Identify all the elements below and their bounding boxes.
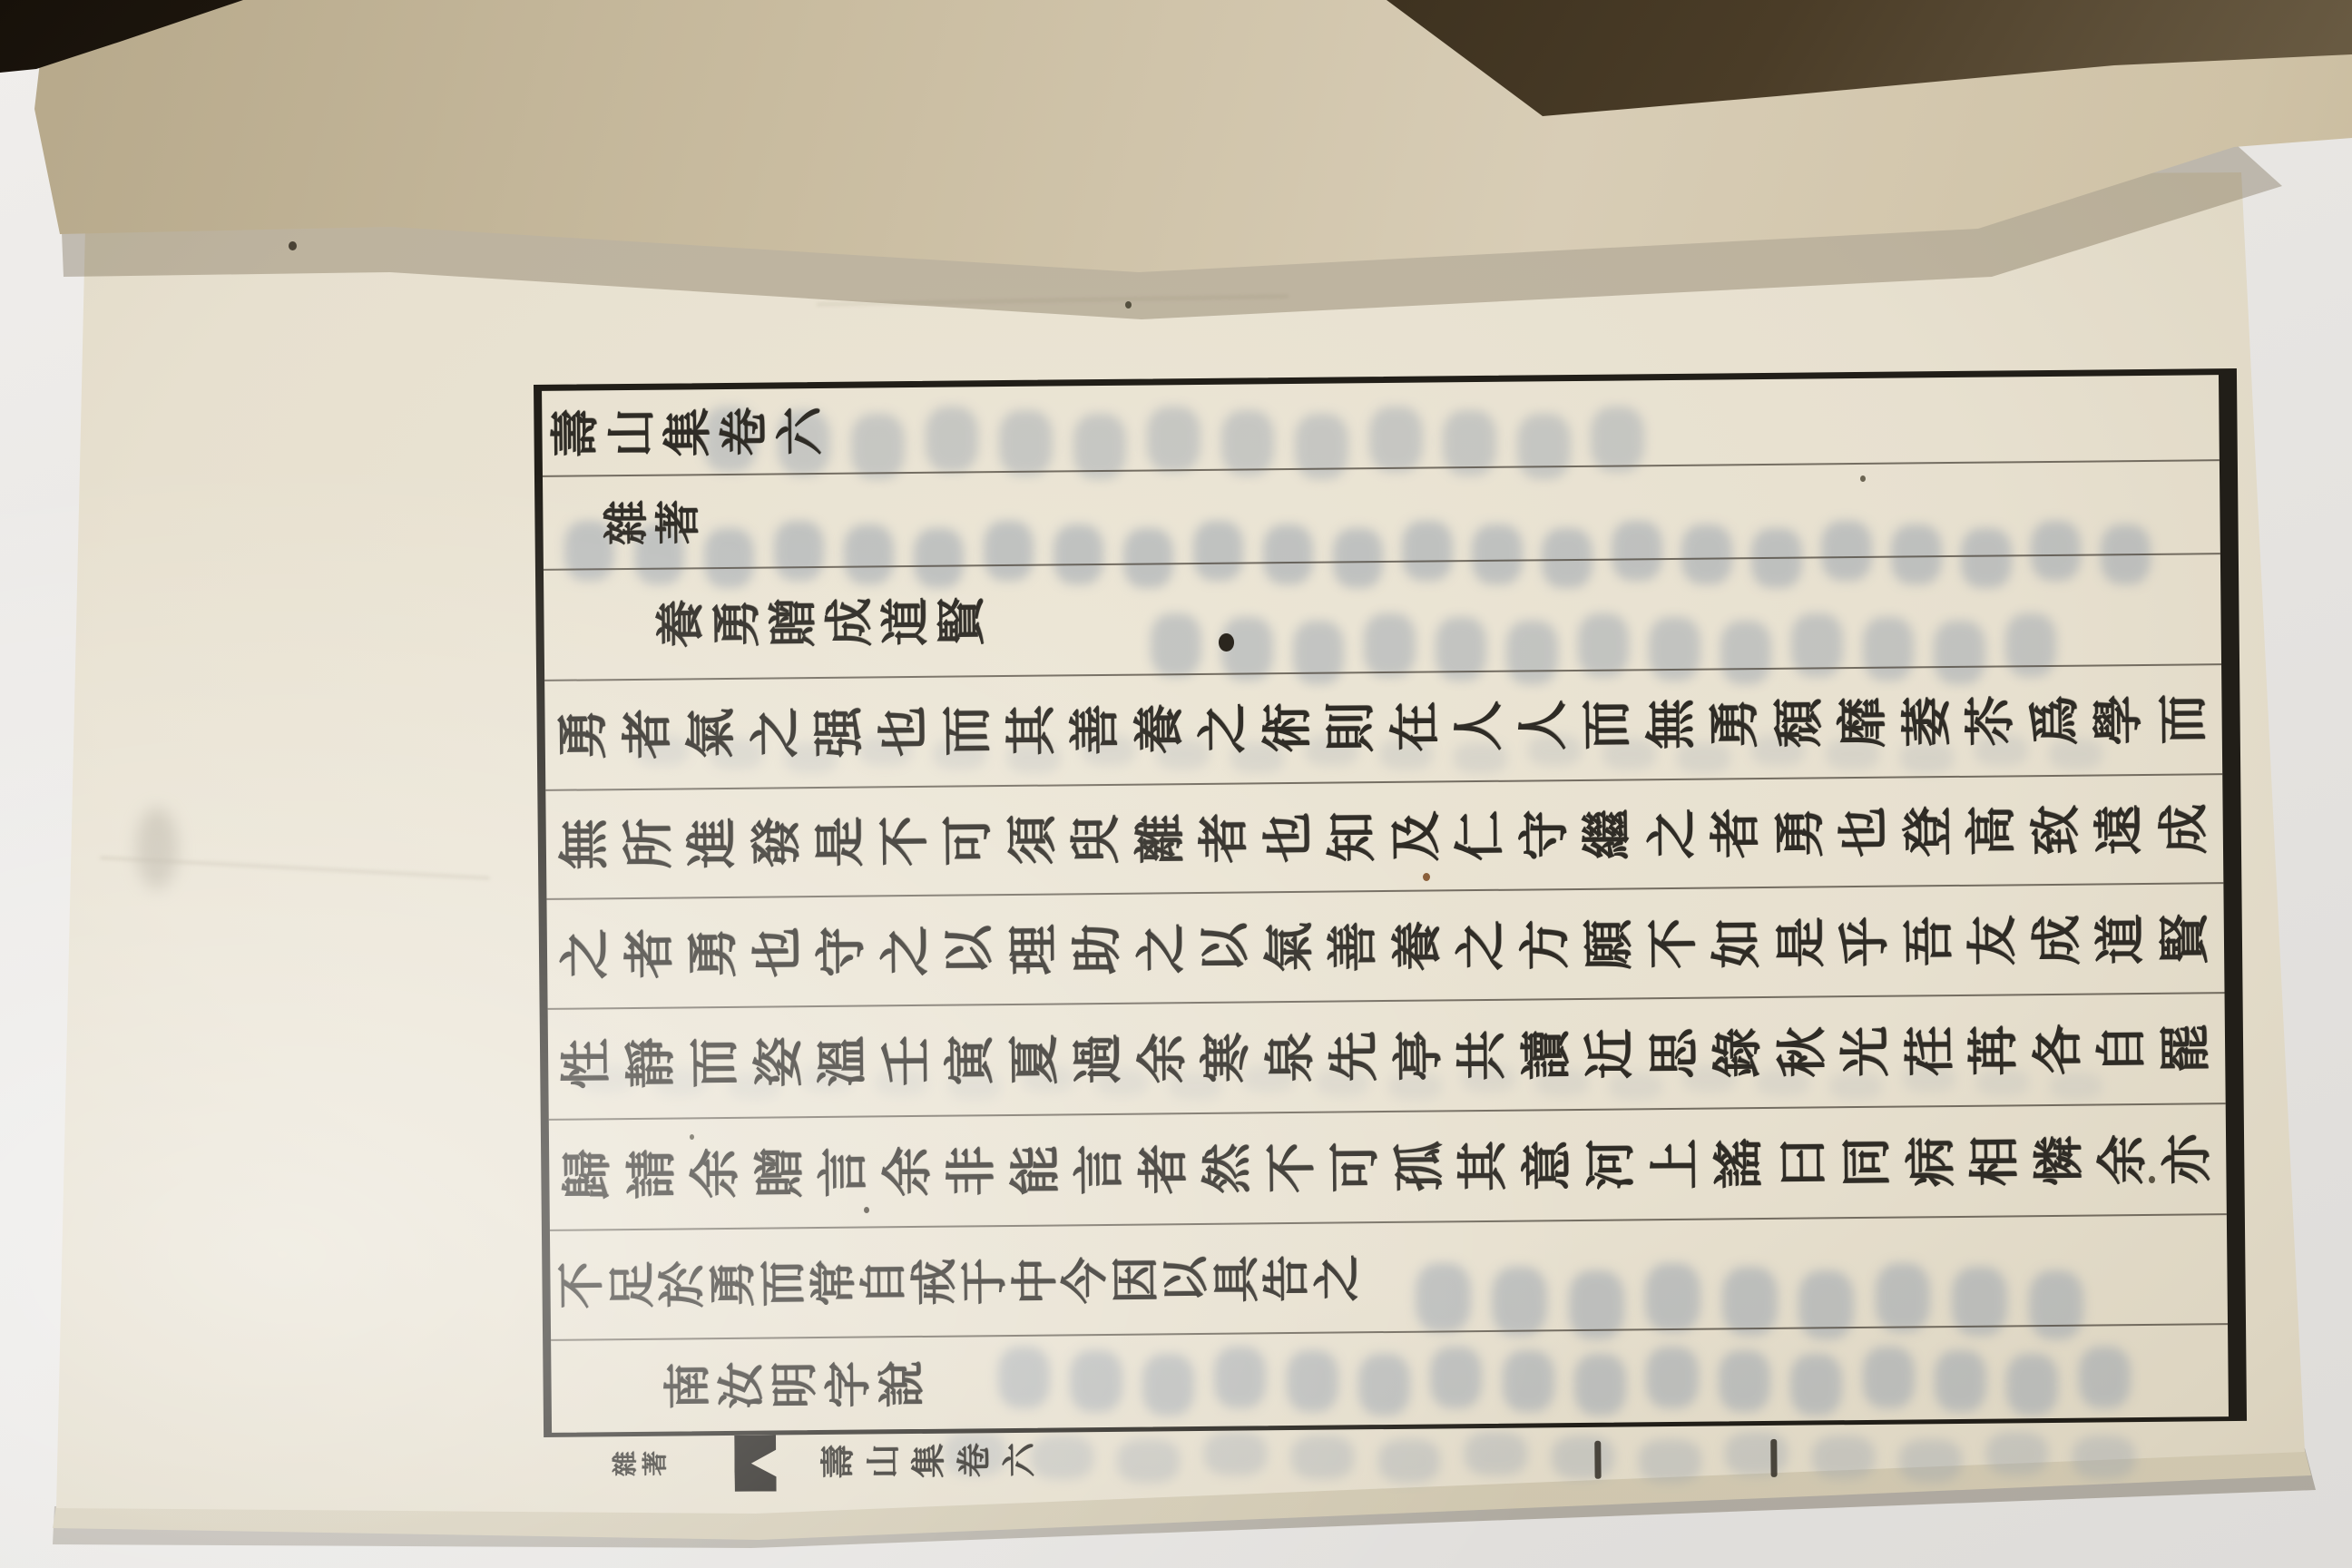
hanzi-glyph: 說 bbox=[876, 1357, 930, 1411]
hanzi-glyph: 夏 bbox=[1003, 1027, 1067, 1092]
hanzi-glyph: 告 bbox=[1262, 1253, 1313, 1304]
hanzi-glyph: 余 bbox=[2092, 1128, 2156, 1192]
hanzi-glyph: 罷 bbox=[2154, 1016, 2219, 1081]
hanzi-glyph: 字 bbox=[822, 1357, 877, 1412]
hanzi-glyph: 是 bbox=[809, 809, 874, 874]
hanzi-glyph: 壽 bbox=[547, 405, 604, 462]
hanzi-glyph: 性 bbox=[555, 1032, 620, 1096]
hanzi-glyph: 之 bbox=[744, 701, 808, 765]
hanzi-glyph: 錄 bbox=[1707, 1021, 1771, 1085]
text-row-piece-title-2: 南汝明字說 bbox=[551, 1326, 2229, 1433]
hanzi-glyph: 近 bbox=[1579, 1022, 1643, 1086]
text-row-body-6: 不足於勇而常自戒于中今因以具告之 bbox=[550, 1215, 2228, 1341]
hanzi-glyph: 足 bbox=[608, 1259, 659, 1310]
hanzi-glyph: 然 bbox=[1196, 1136, 1260, 1200]
hanzi-glyph: 願 bbox=[1578, 912, 1642, 976]
hanzi-glyph: 亭 bbox=[1387, 1024, 1451, 1088]
hanzi-glyph: 能 bbox=[1004, 1138, 1068, 1202]
hanzi-glyph: 戒 bbox=[910, 1256, 961, 1307]
hanzi-glyph: 孤 bbox=[1387, 1134, 1452, 1199]
hanzi-glyph: 人 bbox=[1512, 693, 1576, 758]
hanzi-glyph: 成 bbox=[821, 593, 878, 651]
hanzi-glyph: 勇 bbox=[709, 1259, 759, 1309]
hanzi-glyph: 贈 bbox=[749, 1141, 813, 1205]
hanzi-glyph: 登 bbox=[1896, 799, 1961, 864]
hanzi-glyph: 及 bbox=[1385, 804, 1449, 868]
hanzi-glyph: 其 bbox=[1000, 699, 1064, 763]
hanzi-glyph: 而 bbox=[759, 1258, 809, 1308]
text-row-body-4: 性靜而姿溫壬寅夏過余寒泉先亭共讀近思錄秋光荏苒各自罷 bbox=[548, 995, 2226, 1121]
hanzi-glyph: 今 bbox=[1061, 1255, 1112, 1306]
text-columns: 壽山集卷六雜著養勇贈成道賢勇者氣之强也而其善養之術則在人人而無勇頹靡萎苶爲學而無… bbox=[542, 375, 2229, 1433]
hanzi-glyph: 亦 bbox=[2155, 1127, 2220, 1191]
hanzi-glyph: 守 bbox=[1513, 803, 1577, 867]
hanzi-glyph: 共 bbox=[1451, 1024, 1515, 1088]
hanzi-glyph: 壽 bbox=[816, 1439, 861, 1485]
text-row-body-3: 之者勇也守之以理助之以氣善養之方願不如是乎吾友成道賢 bbox=[546, 884, 2224, 1010]
hanzi-glyph: 知 bbox=[1320, 805, 1385, 869]
hanzi-glyph: 也 bbox=[1257, 805, 1321, 869]
hanzi-glyph: 先 bbox=[1323, 1024, 1387, 1089]
hanzi-glyph: 也 bbox=[872, 700, 936, 764]
hanzi-glyph: 六 bbox=[772, 402, 829, 459]
hanzi-glyph: 可 bbox=[937, 808, 1002, 873]
hanzi-glyph: 余 bbox=[877, 1139, 941, 1203]
hanzi-glyph: 以 bbox=[1194, 916, 1259, 980]
hanzi-glyph: 賢 bbox=[2153, 906, 2218, 971]
hanzi-glyph: 爲 bbox=[2024, 689, 2088, 753]
hanzi-glyph: 不 bbox=[1259, 1135, 1324, 1200]
hanzi-glyph: 道 bbox=[2090, 906, 2154, 971]
hanzi-glyph: 離 bbox=[1129, 807, 1193, 871]
hanzi-glyph: 者 bbox=[1192, 806, 1257, 870]
hanzi-glyph: 南 bbox=[661, 1358, 716, 1413]
hanzi-glyph: 泉 bbox=[1259, 1025, 1323, 1090]
hanzi-glyph: 非 bbox=[940, 1139, 1004, 1203]
hanzi-glyph: 在 bbox=[1384, 694, 1448, 759]
hanzi-glyph: 雜 bbox=[611, 1448, 641, 1478]
hanzi-glyph: 理 bbox=[1002, 917, 1066, 982]
hanzi-glyph: 成 bbox=[2152, 797, 2217, 861]
hanzi-glyph: 者 bbox=[616, 702, 681, 767]
hanzi-glyph: 之 bbox=[1313, 1252, 1364, 1303]
hanzi-glyph: 方 bbox=[1514, 912, 1578, 976]
hanzi-glyph: 中 bbox=[1011, 1255, 1062, 1306]
hanzi-glyph: 自 bbox=[2091, 1017, 2155, 1082]
hanzi-glyph: 友 bbox=[1962, 908, 2026, 973]
hanzi-glyph: 余 bbox=[1131, 1026, 1195, 1091]
hanzi-glyph: 養 bbox=[1386, 914, 1450, 978]
hanzi-glyph: 山 bbox=[861, 1438, 906, 1484]
text-row-body-1: 勇者氣之强也而其善養之術則在人人而無勇頹靡萎苶爲學而 bbox=[544, 665, 2222, 791]
hanzi-glyph: 歸 bbox=[556, 1142, 621, 1207]
hanzi-glyph: 著 bbox=[652, 495, 705, 548]
hanzi-glyph: 余 bbox=[684, 1141, 749, 1205]
hanzi-glyph: 具 bbox=[1212, 1253, 1263, 1304]
hanzi-glyph: 無 bbox=[1640, 692, 1704, 757]
hanzi-glyph: 寒 bbox=[1195, 1025, 1259, 1090]
hanzi-glyph: 汝 bbox=[715, 1358, 769, 1413]
page-number-mark bbox=[1594, 1441, 1601, 1479]
hanzi-glyph: 吾 bbox=[1897, 908, 1962, 973]
hanzi-glyph: 如 bbox=[1706, 910, 1770, 975]
hanzi-glyph: 勇 bbox=[552, 702, 616, 767]
hanzi-glyph: 相 bbox=[1964, 1129, 2028, 1193]
hanzi-glyph: 讀 bbox=[1514, 1023, 1579, 1087]
hanzi-glyph: 卷 bbox=[716, 403, 773, 460]
ink-speck bbox=[289, 241, 297, 250]
hanzi-glyph: 無 bbox=[554, 812, 618, 877]
hanzi-glyph: 過 bbox=[1067, 1027, 1132, 1092]
hanzi-glyph: 則 bbox=[1319, 695, 1384, 759]
hanzi-glyph: 養 bbox=[1128, 697, 1192, 761]
hanzi-glyph: 以 bbox=[938, 917, 1003, 982]
hanzi-glyph: 成 bbox=[2025, 907, 2090, 972]
hanzi-glyph: 光 bbox=[1835, 1020, 1899, 1084]
hanzi-glyph: 言 bbox=[812, 1140, 877, 1204]
hanzi-glyph: 强 bbox=[808, 701, 872, 765]
hanzi-glyph: 而 bbox=[1575, 692, 1640, 757]
hanzi-glyph: 氣 bbox=[1258, 915, 1322, 979]
hanzi-glyph: 萎 bbox=[1896, 690, 1960, 754]
hanzi-glyph: 以 bbox=[1161, 1254, 1212, 1305]
hanzi-glyph: 溫 bbox=[811, 1029, 876, 1093]
hanzi-glyph: 勇 bbox=[709, 594, 766, 652]
hanzi-glyph: 自 bbox=[859, 1257, 910, 1308]
hanzi-glyph: 上 bbox=[1643, 1132, 1708, 1196]
hanzi-glyph: 不 bbox=[1641, 911, 1706, 975]
hanzi-glyph: 臾 bbox=[1065, 807, 1130, 871]
hanzi-glyph: 不 bbox=[557, 1259, 608, 1310]
hanzi-glyph: 賢 bbox=[934, 593, 991, 650]
hanzi-glyph: 請 bbox=[621, 1142, 685, 1206]
hanzi-glyph: 遠 bbox=[2088, 798, 2152, 862]
hanzi-glyph: 也 bbox=[746, 919, 810, 984]
hanzi-glyph: 荏 bbox=[1898, 1019, 1963, 1083]
hanzi-glyph: 氣 bbox=[680, 701, 744, 766]
hanzi-glyph: 發 bbox=[745, 810, 809, 875]
hanzi-glyph: 苶 bbox=[1959, 689, 2024, 753]
hanzi-glyph: 不 bbox=[873, 808, 937, 873]
text-row-piece-title-1: 養勇贈成道賢 bbox=[544, 554, 2221, 681]
hanzi-glyph: 勇 bbox=[682, 920, 747, 985]
hanzi-glyph: 病 bbox=[1899, 1130, 1964, 1194]
hanzi-glyph: 于 bbox=[960, 1256, 1011, 1307]
hanzi-glyph: 而 bbox=[936, 699, 1000, 763]
hanzi-glyph: 高 bbox=[1960, 799, 2024, 863]
hanzi-glyph: 六 bbox=[997, 1437, 1043, 1483]
hanzi-glyph: 者 bbox=[618, 921, 682, 985]
hanzi-glyph: 靡 bbox=[1831, 691, 1896, 755]
hanzi-glyph: 而 bbox=[683, 1031, 748, 1095]
hanzi-glyph: 之 bbox=[554, 921, 619, 985]
hanzi-glyph: 善 bbox=[1322, 914, 1387, 978]
hanzi-glyph: 思 bbox=[1642, 1022, 1707, 1086]
hanzi-glyph: 秋 bbox=[1770, 1020, 1835, 1084]
printed-text-frame: 壽山集卷六雜著養勇贈成道賢勇者氣之强也而其善養之術則在人人而無勇頹靡萎苶爲學而無… bbox=[534, 368, 2247, 1437]
hanzi-glyph: 集 bbox=[906, 1438, 952, 1484]
hanzi-glyph: 河 bbox=[1580, 1132, 1644, 1197]
hanzi-glyph: 曰 bbox=[1771, 1131, 1836, 1195]
hanzi-glyph: 著 bbox=[641, 1448, 671, 1478]
hanzi-glyph: 勇 bbox=[1769, 800, 1833, 865]
hanzi-glyph: 人 bbox=[1447, 694, 1512, 759]
hanzi-glyph: 之 bbox=[1130, 916, 1194, 980]
photo-of-woodblock-book: 壽山集卷六雜著養勇贈成道賢勇者氣之强也而其善養之術則在人人而無勇頹靡萎苶爲學而無… bbox=[0, 0, 2352, 1568]
hanzi-glyph: 守 bbox=[810, 919, 875, 984]
hanzi-glyph: 因 bbox=[1112, 1254, 1162, 1305]
hanzi-glyph: 憐 bbox=[2027, 1128, 2092, 1192]
text-row-body-2: 無所進發是不可須臾離者也知及仁守繼之者勇也登高致遠成 bbox=[545, 775, 2223, 899]
hanzi-glyph: 須 bbox=[1001, 808, 1065, 872]
hanzi-glyph: 是 bbox=[1769, 910, 1834, 975]
hanzi-glyph: 者 bbox=[1704, 801, 1769, 866]
hanzi-glyph: 善 bbox=[1063, 698, 1128, 762]
hanzi-glyph: 之 bbox=[1191, 696, 1256, 760]
text-row-section-title: 雜著 bbox=[543, 461, 2220, 570]
hanzi-glyph: 卷 bbox=[952, 1437, 997, 1483]
text-row-volume-title: 壽山集卷六 bbox=[542, 375, 2220, 477]
hanzi-glyph: 之 bbox=[874, 918, 938, 983]
hanzi-glyph: 學 bbox=[2087, 688, 2151, 752]
hanzi-glyph: 靜 bbox=[619, 1031, 683, 1095]
hanzi-glyph: 常 bbox=[809, 1257, 860, 1308]
hanzi-glyph: 而 bbox=[2151, 687, 2216, 751]
hanzi-glyph: 姿 bbox=[747, 1030, 811, 1094]
hanzi-glyph: 繼 bbox=[1576, 802, 1641, 867]
hanzi-glyph: 可 bbox=[1324, 1135, 1388, 1200]
hanzi-glyph: 頹 bbox=[1768, 691, 1832, 755]
hanzi-glyph: 進 bbox=[681, 811, 746, 876]
hanzi-glyph: 道 bbox=[877, 593, 935, 650]
hanzi-glyph: 乎 bbox=[1834, 909, 1898, 974]
hanzi-glyph: 意 bbox=[1515, 1133, 1580, 1198]
page-number-mark bbox=[1770, 1439, 1777, 1477]
hanzi-glyph: 致 bbox=[2024, 798, 2089, 862]
hanzi-glyph: 於 bbox=[658, 1259, 709, 1309]
hanzi-glyph: 山 bbox=[603, 404, 661, 461]
hanzi-glyph: 助 bbox=[1066, 916, 1131, 981]
hanzi-glyph: 養 bbox=[652, 595, 710, 652]
hanzi-glyph: 仁 bbox=[1448, 803, 1513, 867]
hanzi-glyph: 之 bbox=[1641, 801, 1705, 866]
hanzi-glyph: 言 bbox=[1068, 1137, 1132, 1201]
hanzi-glyph: 苒 bbox=[1963, 1018, 2027, 1083]
ink-speck bbox=[1125, 301, 1132, 309]
fishtail-icon bbox=[734, 1435, 777, 1491]
hanzi-glyph: 其 bbox=[1452, 1133, 1516, 1198]
hanzi-glyph: 者 bbox=[1132, 1137, 1196, 1201]
hanzi-glyph: 雜 bbox=[601, 496, 653, 549]
hanzi-glyph: 寅 bbox=[939, 1028, 1004, 1093]
hanzi-glyph: 勇 bbox=[1703, 691, 1768, 756]
banxin-volume-label: 壽山集卷六 bbox=[816, 1437, 1043, 1485]
hanzi-glyph: 謠 bbox=[1708, 1132, 1772, 1196]
hanzi-glyph: 同 bbox=[1836, 1130, 1900, 1194]
hanzi-glyph: 也 bbox=[1832, 799, 1896, 864]
banxin-section-label: 雜著 bbox=[611, 1448, 671, 1479]
hanzi-glyph: 贈 bbox=[765, 594, 822, 652]
text-row-body-5: 歸請余贈言余非能言者然不可孤其意河上謠曰同病相憐余亦 bbox=[549, 1104, 2227, 1230]
hanzi-glyph: 各 bbox=[2026, 1018, 2091, 1083]
hanzi-glyph: 術 bbox=[1256, 696, 1320, 760]
hanzi-glyph: 所 bbox=[617, 811, 681, 876]
hanzi-glyph: 壬 bbox=[875, 1029, 939, 1093]
hanzi-glyph: 之 bbox=[1450, 913, 1514, 977]
hanzi-glyph: 明 bbox=[769, 1357, 823, 1412]
hanzi-glyph: 集 bbox=[660, 404, 717, 461]
